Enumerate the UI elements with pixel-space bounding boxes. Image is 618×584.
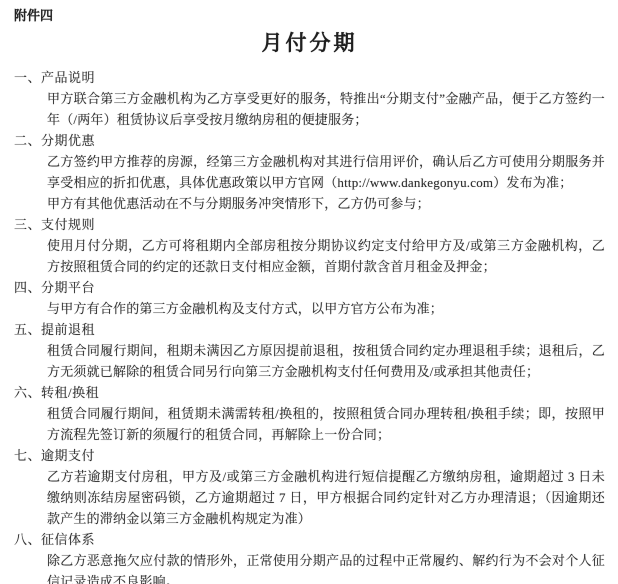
section-installment-discount: 二、分期优惠 乙方签约甲方推荐的房源，经第三方金融机构对其进行信用评价，确认后乙…	[14, 130, 605, 214]
section-payment-rules: 三、支付规则 使用月付分期，乙方可将租期内全部房租按分期协议约定支付给甲方及/或…	[14, 214, 605, 277]
section-heading: 八、征信体系	[14, 529, 605, 550]
section-paragraph: 除乙方恶意拖欠应付款的情形外，正常使用分期产品的过程中正常履约、解约行为不会对个…	[47, 550, 605, 584]
section-overdue-payment: 七、逾期支付 乙方若逾期支付房租，甲方及/或第三方金融机构进行短信提醒乙方缴纳房…	[14, 445, 605, 529]
section-heading: 六、转租/换租	[14, 382, 605, 403]
section-paragraph: 甲方联合第三方金融机构为乙方享受更好的服务，特推出“分期支付”金融产品，便于乙方…	[47, 88, 605, 130]
section-product-description: 一、产品说明 甲方联合第三方金融机构为乙方享受更好的服务，特推出“分期支付”金融…	[14, 67, 605, 130]
section-installment-platform: 四、分期平台 与甲方有合作的第三方金融机构及支付方式，以甲方官方公布为准；	[14, 277, 605, 319]
section-paragraph: 租赁合同履行期间，租赁期未满需转租/换租的，按照租赁合同办理转租/换租手续；即，…	[47, 403, 605, 445]
section-heading: 三、支付规则	[14, 214, 605, 235]
section-sublet-exchange: 六、转租/换租 租赁合同履行期间，租赁期未满需转租/换租的，按照租赁合同办理转租…	[14, 382, 605, 445]
section-heading: 五、提前退租	[14, 319, 605, 340]
section-heading: 四、分期平台	[14, 277, 605, 298]
section-paragraph: 甲方有其他优惠活动在不与分期服务冲突情形下，乙方仍可参与；	[47, 193, 605, 214]
document-page: 附件四 月付分期 一、产品说明 甲方联合第三方金融机构为乙方享受更好的服务，特推…	[0, 0, 618, 584]
section-heading: 一、产品说明	[14, 67, 605, 88]
document-title: 月付分期	[14, 28, 605, 58]
section-heading: 二、分期优惠	[14, 130, 605, 151]
section-early-termination: 五、提前退租 租赁合同履行期间，租期未满因乙方原因提前退租，按租赁合同约定办理退…	[14, 319, 605, 382]
attachment-label: 附件四	[14, 7, 605, 25]
section-credit-system: 八、征信体系 除乙方恶意拖欠应付款的情形外，正常使用分期产品的过程中正常履约、解…	[14, 529, 605, 584]
section-paragraph: 乙方若逾期支付房租，甲方及/或第三方金融机构进行短信提醒乙方缴纳房租，逾期超过 …	[47, 466, 605, 529]
section-paragraph: 使用月付分期，乙方可将租期内全部房租按分期协议约定支付给甲方及/或第三方金融机构…	[47, 235, 605, 277]
section-paragraph: 租赁合同履行期间，租期未满因乙方原因提前退租，按租赁合同约定办理退租手续；退租后…	[47, 340, 605, 382]
section-paragraph: 与甲方有合作的第三方金融机构及支付方式，以甲方官方公布为准；	[47, 298, 605, 319]
section-paragraph: 乙方签约甲方推荐的房源，经第三方金融机构对其进行信用评价，确认后乙方可使用分期服…	[47, 151, 605, 193]
section-heading: 七、逾期支付	[14, 445, 605, 466]
